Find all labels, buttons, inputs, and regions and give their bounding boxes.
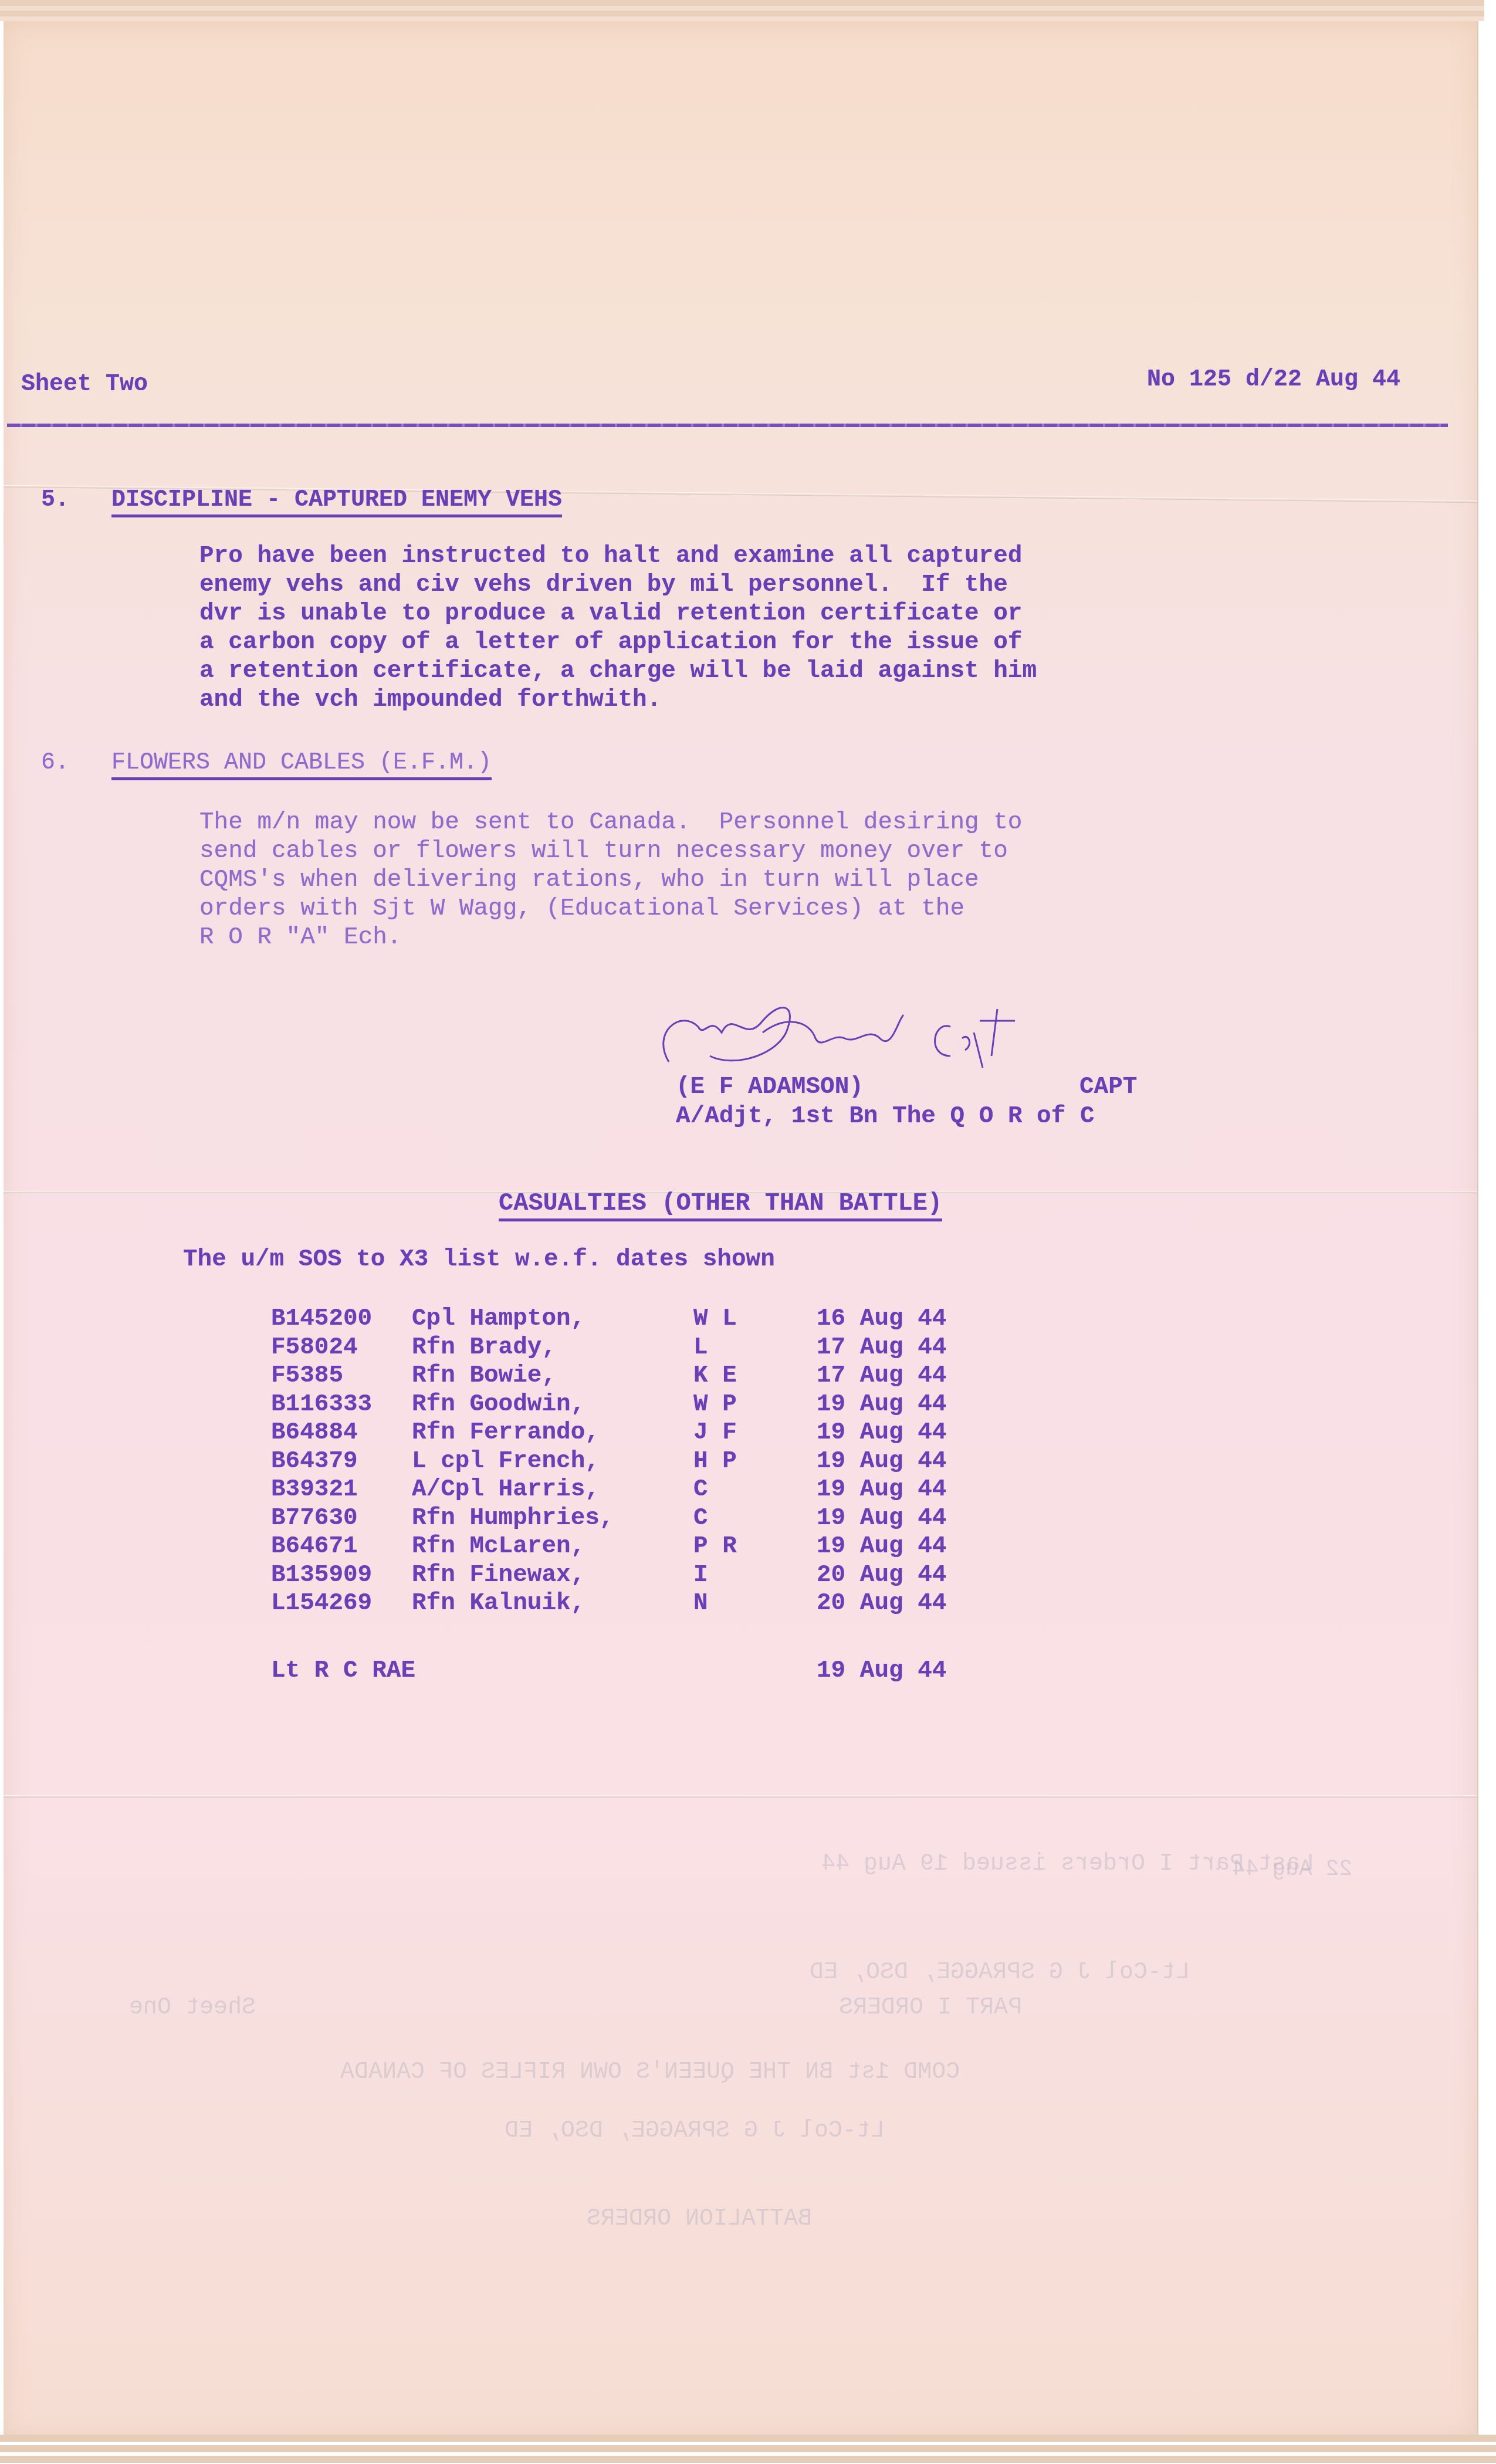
initials: W L bbox=[693, 1305, 737, 1332]
service-number: B77630 bbox=[271, 1505, 358, 1532]
initials: P R bbox=[693, 1533, 737, 1560]
signatory-appointment: A/Adjt, 1st Bn The Q O R of C bbox=[676, 1103, 1095, 1130]
paper-bottom-edge bbox=[0, 2435, 1496, 2464]
paper-top-edge bbox=[0, 0, 1484, 21]
rank-name: Rfn Humphries, bbox=[412, 1505, 614, 1532]
signatory-rank: CAPT bbox=[1079, 1074, 1137, 1101]
initials: W P bbox=[693, 1391, 737, 1418]
body-line: and the vch impounded forthwith. bbox=[199, 686, 661, 715]
body-line: The m/n may now be sent to Canada. Perso… bbox=[199, 808, 1022, 837]
section-6-number: 6. bbox=[41, 750, 69, 776]
service-number: B135909 bbox=[271, 1562, 372, 1589]
service-number: B64379 bbox=[271, 1448, 358, 1475]
body-line: a retention certificate, a charge will b… bbox=[199, 657, 1037, 686]
rank-name: L cpl French, bbox=[412, 1448, 600, 1475]
header-rule bbox=[7, 424, 1448, 427]
fold-crease bbox=[4, 1795, 1477, 1798]
casualties-intro: The u/m SOS to X3 list w.e.f. dates show… bbox=[183, 1246, 775, 1273]
casualties-title: CASUALTIES (OTHER THAN BATTLE) bbox=[499, 1189, 942, 1221]
initials: C bbox=[693, 1505, 708, 1532]
officer-row: Lt R C RAE 19 Aug 44 bbox=[271, 1657, 300, 1687]
initials: H P bbox=[693, 1448, 737, 1475]
initials: L bbox=[693, 1334, 708, 1361]
body-line: send cables or flowers will turn necessa… bbox=[199, 837, 1008, 866]
show-through-text: Lt-Col J G SPRAGGE, DSO, ED bbox=[810, 1959, 1190, 1986]
initials: N bbox=[693, 1590, 708, 1617]
order-reference: No 125 d/22 Aug 44 bbox=[1147, 367, 1400, 393]
rank-name: Rfn Brady, bbox=[412, 1334, 556, 1361]
initials: J F bbox=[693, 1419, 737, 1446]
section-5-number: 5. bbox=[41, 487, 69, 513]
show-through-text: PART I ORDERS bbox=[839, 1995, 1022, 2021]
service-number: B145200 bbox=[271, 1305, 372, 1332]
service-number: B39321 bbox=[271, 1476, 358, 1503]
rank-name: Rfn McLaren, bbox=[412, 1533, 585, 1560]
body-line: orders with Sjt W Wagg, (Educational Ser… bbox=[199, 895, 964, 923]
initials: C bbox=[693, 1476, 708, 1503]
show-through-text: BATTALION ORDERS bbox=[587, 2206, 812, 2232]
body-line: enemy vehs and civ vehs driven by mil pe… bbox=[199, 571, 1008, 600]
service-number: B116333 bbox=[271, 1391, 372, 1418]
date: 19 Aug 44 bbox=[817, 1419, 946, 1446]
rank-name: Rfn Bowie, bbox=[412, 1362, 556, 1389]
service-number: F5385 bbox=[271, 1362, 343, 1389]
handwritten-signature bbox=[645, 997, 1091, 1074]
rank-name: Rfn Ferrando, bbox=[412, 1419, 600, 1446]
body-line: dvr is unable to produce a valid retenti… bbox=[199, 600, 1022, 628]
section-6-heading: FLOWERS AND CABLES (E.F.M.) bbox=[111, 750, 492, 780]
date: 17 Aug 44 bbox=[817, 1362, 946, 1389]
date: 19 Aug 44 bbox=[817, 1505, 946, 1532]
rank-name: A/Cpl Harris, bbox=[412, 1476, 600, 1503]
service-number: B64671 bbox=[271, 1533, 358, 1560]
body-line: Pro have been instructed to halt and exa… bbox=[199, 542, 1022, 571]
service-number: B64884 bbox=[271, 1419, 358, 1446]
show-through-text: Sheet One bbox=[129, 1995, 256, 2021]
service-number: F58024 bbox=[271, 1334, 358, 1361]
officer-name: Lt R C RAE bbox=[271, 1657, 415, 1684]
rank-name: Cpl Hampton, bbox=[412, 1305, 585, 1332]
show-through-text: Lt-Col J G SPRAGGE, DSO, ED bbox=[505, 2118, 885, 2144]
show-through-text: COMD 1st BN THE QUEEN'S OWN RIFLES OF CA… bbox=[340, 2059, 960, 2086]
date: 19 Aug 44 bbox=[817, 1391, 946, 1418]
date: 19 Aug 44 bbox=[817, 1533, 946, 1560]
rank-name: Rfn Finewax, bbox=[412, 1562, 585, 1589]
officer-date: 19 Aug 44 bbox=[817, 1657, 946, 1684]
initials: I bbox=[693, 1562, 708, 1589]
date: 17 Aug 44 bbox=[817, 1334, 946, 1361]
date: 16 Aug 44 bbox=[817, 1305, 946, 1332]
initials: K E bbox=[693, 1362, 737, 1389]
date: 20 Aug 44 bbox=[817, 1590, 946, 1617]
rank-name: Rfn Kalnuik, bbox=[412, 1590, 585, 1617]
signatory-name: (E F ADAMSON) bbox=[676, 1074, 864, 1101]
date: 19 Aug 44 bbox=[817, 1448, 946, 1475]
paper-right-edge bbox=[1477, 21, 1491, 2435]
body-line: CQMS's when delivering rations, who in t… bbox=[199, 866, 979, 895]
show-through-text: 22 Aug 44 bbox=[1232, 1857, 1352, 1882]
body-line: R O R "A" Ech. bbox=[199, 923, 401, 952]
date: 19 Aug 44 bbox=[817, 1476, 946, 1503]
body-line: a carbon copy of a letter of application… bbox=[199, 628, 1022, 657]
section-5-heading: DISCIPLINE - CAPTURED ENEMY VEHS bbox=[111, 487, 562, 517]
date: 20 Aug 44 bbox=[817, 1562, 946, 1589]
sheet-label: Sheet Two bbox=[21, 371, 148, 398]
service-number: L154269 bbox=[271, 1590, 372, 1617]
rank-name: Rfn Goodwin, bbox=[412, 1391, 585, 1418]
